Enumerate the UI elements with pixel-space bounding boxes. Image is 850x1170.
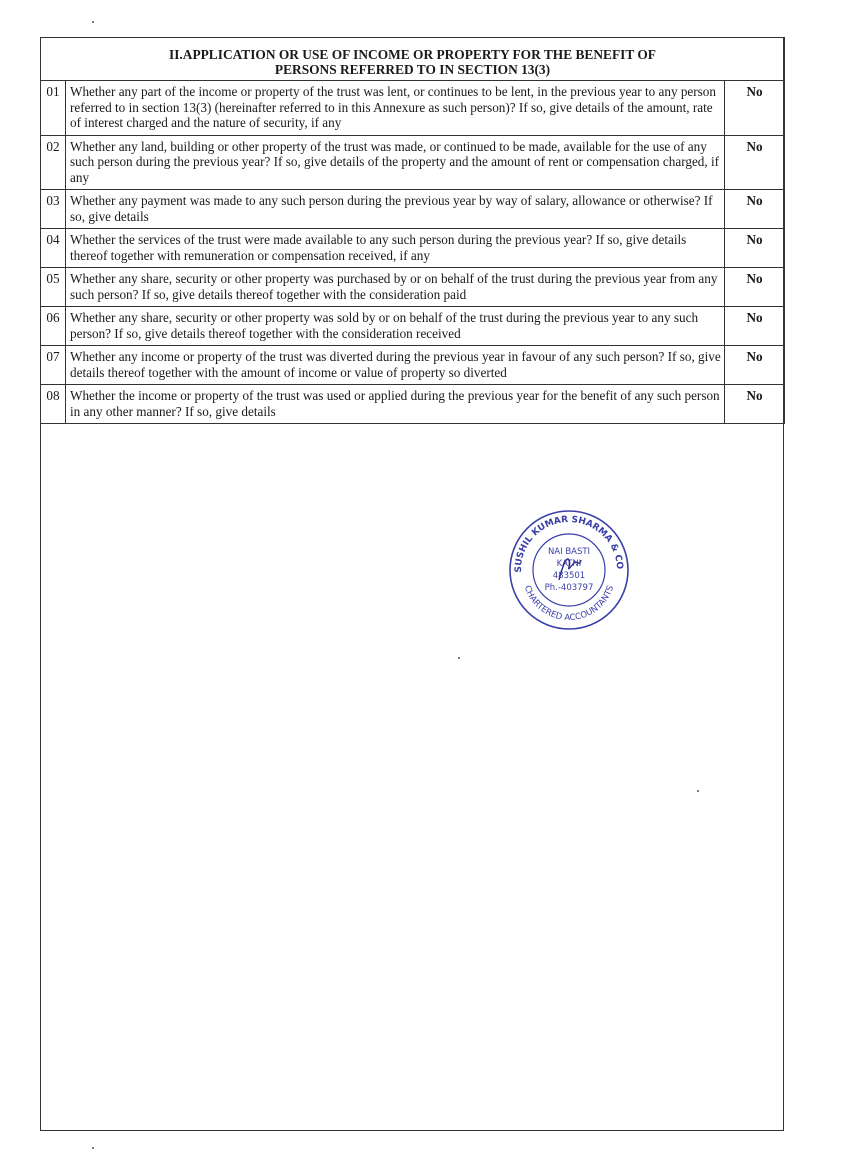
row-answer: No [725, 229, 785, 268]
row-number: 03 [41, 190, 66, 229]
table-row: 08 Whether the income or property of the… [41, 385, 785, 424]
scan-speck [92, 1147, 94, 1149]
row-number: 06 [41, 307, 66, 346]
scan-speck [458, 657, 460, 659]
row-answer: No [725, 190, 785, 229]
row-answer: No [725, 307, 785, 346]
section-title-line-1: II.APPLICATION OR USE OF INCOME OR PROPE… [45, 47, 780, 62]
row-number: 04 [41, 229, 66, 268]
scan-speck [697, 790, 699, 792]
row-question: Whether any payment was made to any such… [66, 190, 725, 229]
section-title-line-2: PERSONS REFERRED TO IN SECTION 13(3) [45, 62, 780, 77]
stamp-line-4: Ph.-403797 [545, 583, 594, 593]
row-question: Whether any income or property of the tr… [66, 346, 725, 385]
row-question: Whether any part of the income or proper… [66, 81, 725, 136]
table-row: 02 Whether any land, building or other p… [41, 135, 785, 190]
row-number: 05 [41, 268, 66, 307]
stamp-line-1: NAI BASTI [548, 547, 590, 557]
row-question: Whether any share, security or other pro… [66, 307, 725, 346]
row-answer: No [725, 135, 785, 190]
row-answer: No [725, 81, 785, 136]
row-answer: No [725, 268, 785, 307]
table-row: 05 Whether any share, security or other … [41, 268, 785, 307]
row-question: Whether the services of the trust were m… [66, 229, 725, 268]
row-answer: No [725, 346, 785, 385]
table-row: 04 Whether the services of the trust wer… [41, 229, 785, 268]
row-number: 08 [41, 385, 66, 424]
scan-speck [92, 21, 94, 23]
table-row: 07 Whether any income or property of the… [41, 346, 785, 385]
stamp-line-3: 483501 [553, 571, 585, 581]
row-question: Whether the income or property of the tr… [66, 385, 725, 424]
row-number: 02 [41, 135, 66, 190]
row-question: Whether any share, security or other pro… [66, 268, 725, 307]
section-title: II.APPLICATION OR USE OF INCOME OR PROPE… [41, 38, 785, 81]
row-answer: No [725, 385, 785, 424]
row-number: 07 [41, 346, 66, 385]
stamp-seal-icon: SUSHIL KUMAR SHARMA & CO. CHARTERED ACCO… [507, 508, 632, 633]
table-row: 01 Whether any part of the income or pro… [41, 81, 785, 136]
section-header-row: II.APPLICATION OR USE OF INCOME OR PROPE… [41, 38, 785, 81]
annexure-table: II.APPLICATION OR USE OF INCOME OR PROPE… [40, 37, 785, 424]
table-row: 03 Whether any payment was made to any s… [41, 190, 785, 229]
table-row: 06 Whether any share, security or other … [41, 307, 785, 346]
ca-firm-stamp: SUSHIL KUMAR SHARMA & CO. CHARTERED ACCO… [507, 508, 632, 633]
row-question: Whether any land, building or other prop… [66, 135, 725, 190]
row-number: 01 [41, 81, 66, 136]
